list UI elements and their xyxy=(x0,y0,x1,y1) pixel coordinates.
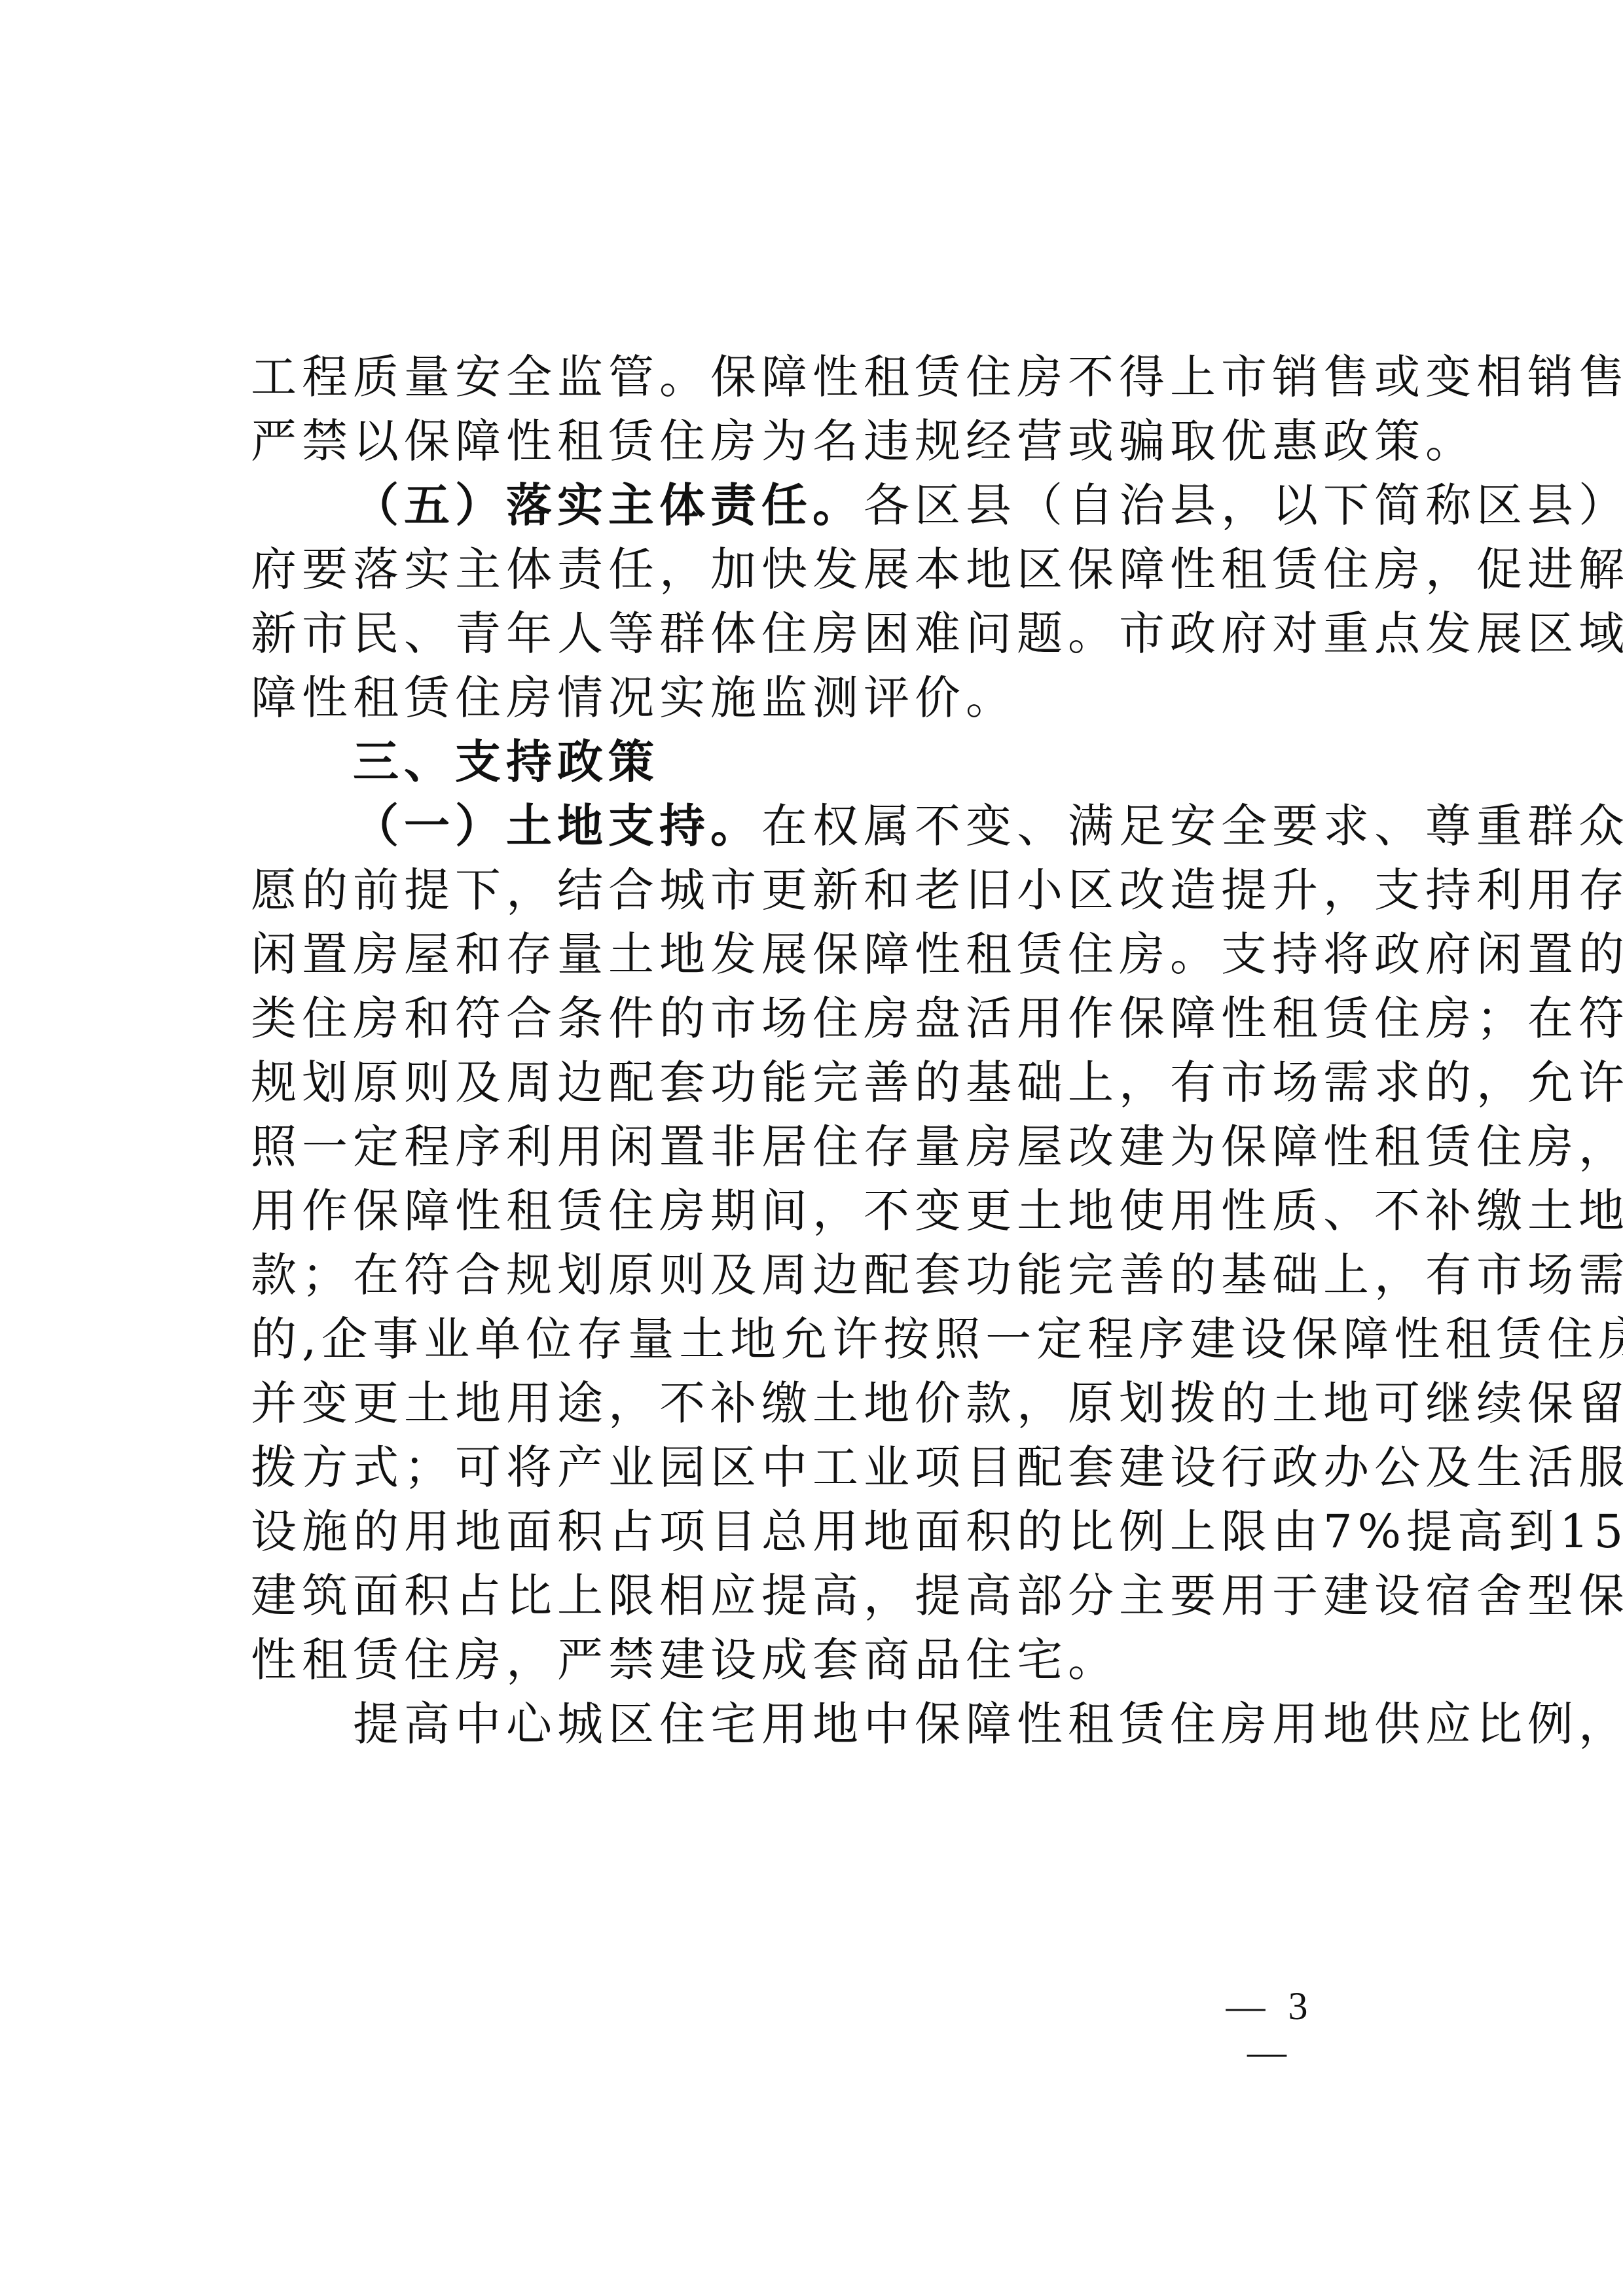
text-line: 建筑面积占比上限相应提高，提高部分主要用于建设宿舍型保障 xyxy=(251,1564,1383,1628)
heading-text: 三、支持政策 xyxy=(251,730,1383,794)
text-run: 各区县（自治县，以下简称区县）政 xyxy=(864,478,1623,532)
paragraph-land-support: （一）土地支持。在权属不变、满足安全要求、尊重群众意 愿的前提下，结合城市更新和… xyxy=(251,794,1383,1692)
text-line: （五）落实主体责任。各区县（自治县，以下简称区县）政 xyxy=(251,473,1383,537)
text-line: 设施的用地面积占项目总用地面积的比例上限由7%提高到15%， xyxy=(251,1499,1383,1564)
paragraph-lead: （五）落实主体责任。 xyxy=(353,478,864,532)
text-line: 府要落实主体责任，加快发展本地区保障性租赁住房，促进解决 xyxy=(251,537,1383,601)
document-page: 工程质量安全监管。保障性租赁住房不得上市销售或变相销售， 严禁以保障性租赁住房为… xyxy=(251,345,1383,1756)
paragraph-section-5: （五）落实主体责任。各区县（自治县，以下简称区县）政 府要落实主体责任，加快发展… xyxy=(251,473,1383,730)
text-line: 新市民、青年人等群体住房困难问题。市政府对重点发展区域保 xyxy=(251,601,1383,666)
text-line: 拨方式；可将产业园区中工业项目配套建设行政办公及生活服务 xyxy=(251,1435,1383,1499)
paragraph-lead: （一）土地支持。 xyxy=(353,799,761,853)
text-line: 类住房和符合条件的市场住房盘活用作保障性租赁住房；在符合 xyxy=(251,986,1383,1050)
text-line: 照一定程序利用闲置非居住存量房屋改建为保障性租赁住房，在 xyxy=(251,1115,1383,1179)
text-line: （一）土地支持。在权属不变、满足安全要求、尊重群众意 xyxy=(251,794,1383,858)
text-line: 愿的前提下，结合城市更新和老旧小区改造提升，支持利用存量 xyxy=(251,858,1383,922)
paragraph-central-city-supply: 提高中心城区住宅用地中保障性租赁住房用地供应比例，在 xyxy=(251,1692,1383,1756)
page-number: — 3 — xyxy=(1205,1983,1336,2075)
text-line: 工程质量安全监管。保障性租赁住房不得上市销售或变相销售， xyxy=(251,345,1383,409)
text-run: 在权属不变、满足安全要求、尊重群众意 xyxy=(761,799,1623,853)
text-line: 规划原则及周边配套功能完善的基础上，有市场需求的，允许按 xyxy=(251,1050,1383,1115)
text-line: 的,企事业单位存量土地允许按照一定程序建设保障性租赁住房， xyxy=(251,1307,1383,1371)
paragraph-continuation: 工程质量安全监管。保障性租赁住房不得上市销售或变相销售， 严禁以保障性租赁住房为… xyxy=(251,345,1383,473)
text-line: 并变更土地用途，不补缴土地价款，原划拨的土地可继续保留划 xyxy=(251,1371,1383,1435)
text-line: 用作保障性租赁住房期间，不变更土地使用性质、不补缴土地价 xyxy=(251,1179,1383,1243)
text-line: 闲置房屋和存量土地发展保障性租赁住房。支持将政府闲置的各 xyxy=(251,922,1383,986)
text-line: 严禁以保障性租赁住房为名违规经营或骗取优惠政策。 xyxy=(251,409,1383,473)
section-heading: 三、支持政策 xyxy=(251,730,1383,794)
text-line: 提高中心城区住宅用地中保障性租赁住房用地供应比例，在 xyxy=(251,1692,1383,1756)
text-line: 障性租赁住房情况实施监测评价。 xyxy=(251,666,1383,730)
text-line: 款；在符合规划原则及周边配套功能完善的基础上，有市场需求 xyxy=(251,1243,1383,1307)
text-line: 性租赁住房，严禁建设成套商品住宅。 xyxy=(251,1628,1383,1692)
